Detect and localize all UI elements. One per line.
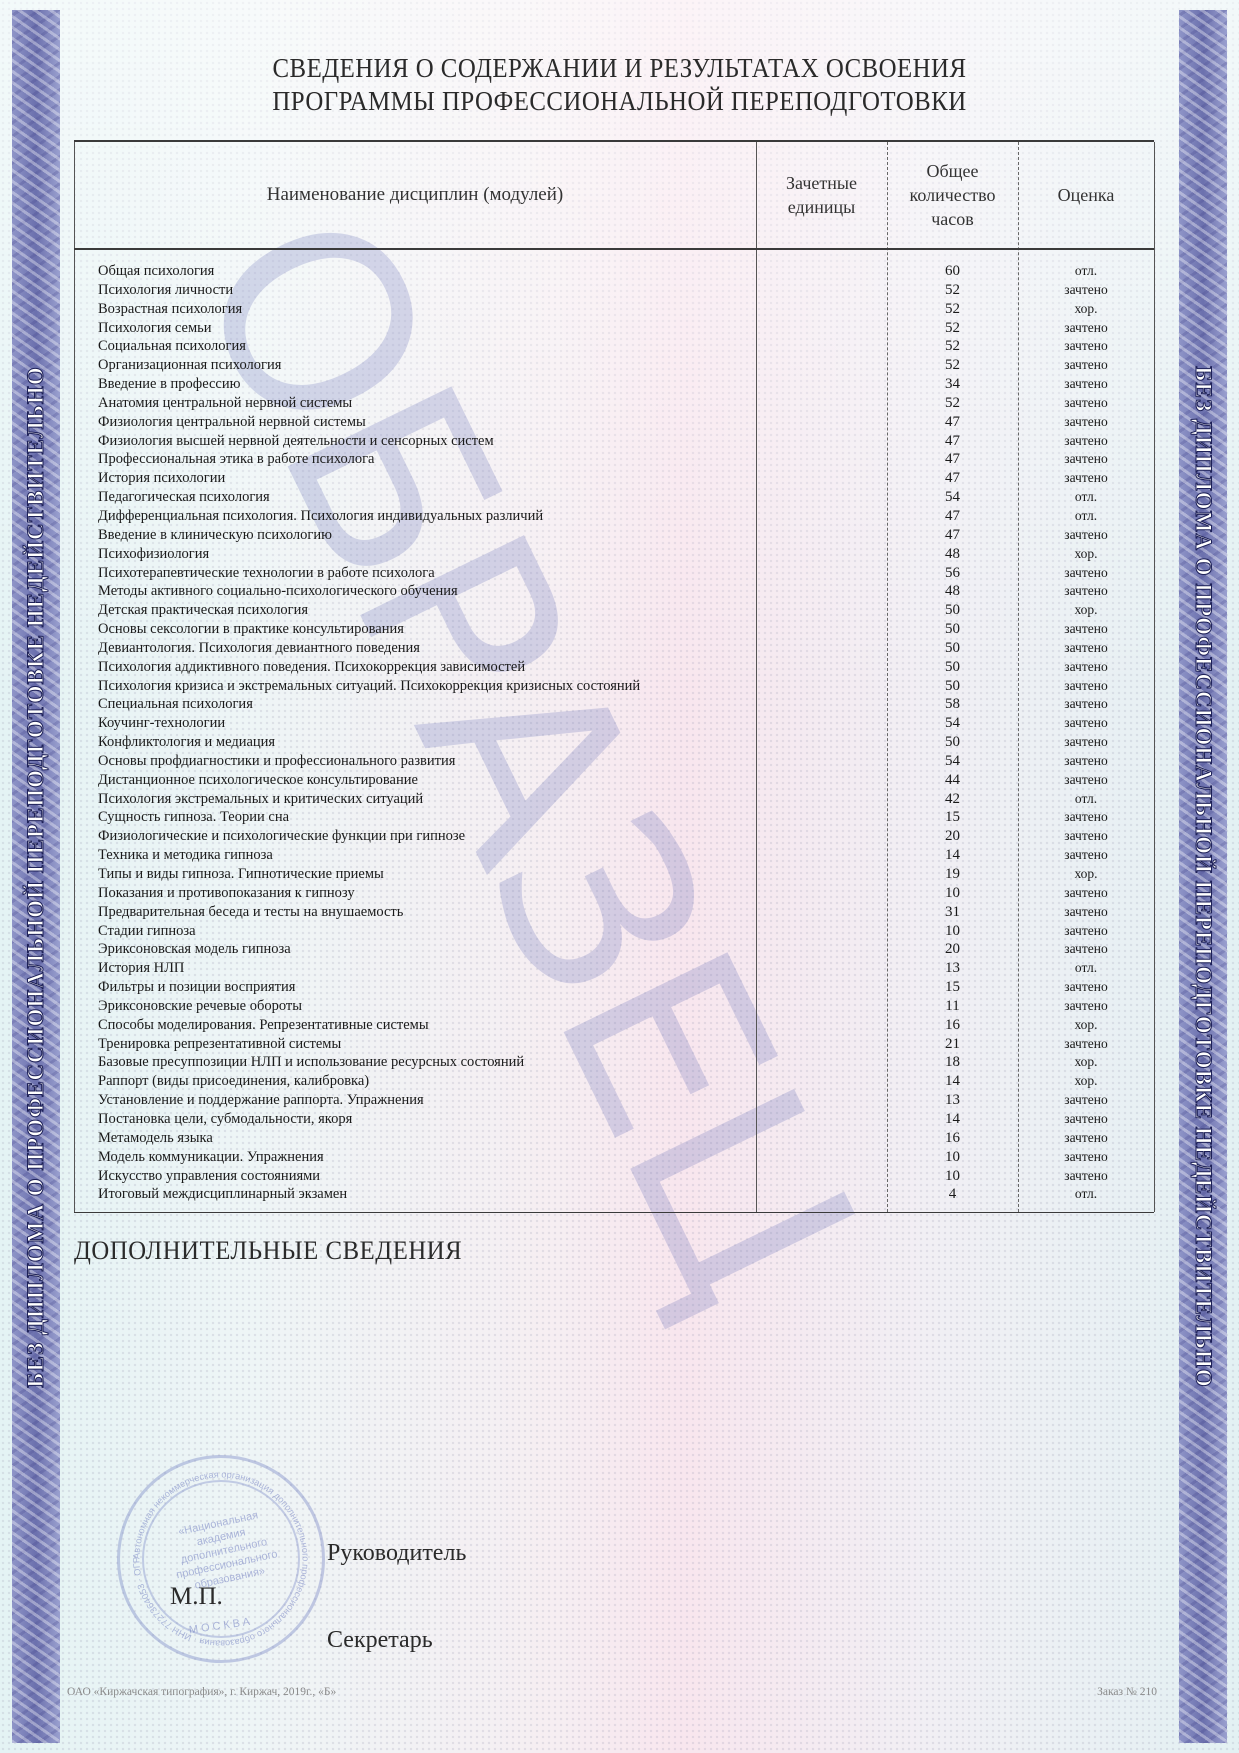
total-hours: 14 <box>887 846 1018 865</box>
grade: зачтено <box>1018 1148 1154 1167</box>
discipline-name: История психологии <box>98 469 225 488</box>
total-hours: 54 <box>887 714 1018 733</box>
total-hours: 50 <box>887 733 1018 752</box>
total-hours: 13 <box>887 1091 1018 1110</box>
table-row: Организационная психология52зачтено <box>74 356 1154 375</box>
discipline-name: Анатомия центральной нервной системы <box>98 394 352 413</box>
total-hours: 4 <box>887 1185 1018 1204</box>
table-row: Введение в профессию34зачтено <box>74 375 1154 394</box>
table-row: Общая психология60отл. <box>74 262 1154 281</box>
table-row: Девиантология. Психология девиантного по… <box>74 639 1154 658</box>
grade: зачтено <box>1018 677 1154 696</box>
column-divider <box>1154 142 1155 1212</box>
total-hours: 10 <box>887 922 1018 941</box>
grade: отл. <box>1018 959 1154 978</box>
total-hours: 10 <box>887 1148 1018 1167</box>
table-row: Искусство управления состояниями10зачтен… <box>74 1167 1154 1186</box>
printer-imprint: ОАО «Киржачская типография», г. Киржач, … <box>67 1686 336 1698</box>
discipline-name: Профессиональная этика в работе психолог… <box>98 450 374 469</box>
table-row: Показания и противопоказания к гипнозу10… <box>74 884 1154 903</box>
table-row: Профессиональная этика в работе психолог… <box>74 450 1154 469</box>
total-hours: 21 <box>887 1035 1018 1054</box>
header-grade: Оценка <box>1018 142 1154 248</box>
discipline-name: Базовые пресуппозиции НЛП и использовани… <box>98 1053 524 1072</box>
total-hours: 56 <box>887 564 1018 583</box>
discipline-name: Методы активного социально-психологическ… <box>98 582 458 601</box>
table-row: Базовые пресуппозиции НЛП и использовани… <box>74 1053 1154 1072</box>
total-hours: 52 <box>887 356 1018 375</box>
discipline-name: Типы и виды гипноза. Гипнотические прием… <box>98 865 384 884</box>
total-hours: 47 <box>887 526 1018 545</box>
table-row: Специальная психология58зачтено <box>74 695 1154 714</box>
grade: зачтено <box>1018 1167 1154 1186</box>
grade: зачтено <box>1018 1110 1154 1129</box>
grade: зачтено <box>1018 564 1154 583</box>
security-border-right: БЕЗ ДИПЛОМА О ПРОФЕССИОНАЛЬНОЙ ПЕРЕПОДГО… <box>1179 10 1227 1743</box>
table-row: Физиология центральной нервной системы47… <box>74 413 1154 432</box>
table-row: Социальная психология52зачтено <box>74 337 1154 356</box>
grade: зачтено <box>1018 639 1154 658</box>
total-hours: 58 <box>887 695 1018 714</box>
grade: зачтено <box>1018 394 1154 413</box>
title-line-2: ПРОГРАММЫ ПРОФЕССИОНАЛЬНОЙ ПЕРЕПОДГОТОВК… <box>50 85 1190 118</box>
discipline-name: Стадии гипноза <box>98 922 196 941</box>
total-hours: 16 <box>887 1016 1018 1035</box>
discipline-name: Постановка цели, субмодальности, якоря <box>98 1110 352 1129</box>
discipline-name: Установление и поддержание раппорта. Упр… <box>98 1091 424 1110</box>
table-row: Постановка цели, субмодальности, якоря14… <box>74 1110 1154 1129</box>
header-total-hours-label: Общее количество часов <box>903 159 1003 231</box>
discipline-name: Основы сексологии в практике консультиро… <box>98 620 404 639</box>
table-row: Итоговый междисциплинарный экзамен4отл. <box>74 1185 1154 1204</box>
discipline-name: Психология личности <box>98 281 233 300</box>
total-hours: 13 <box>887 959 1018 978</box>
header-total-hours: Общее количество часов <box>887 142 1018 248</box>
discipline-name: Метамодель языка <box>98 1129 213 1148</box>
grade: отл. <box>1018 488 1154 507</box>
discipline-name: Введение в клиническую психологию <box>98 526 332 545</box>
grade: зачтено <box>1018 733 1154 752</box>
total-hours: 50 <box>887 677 1018 696</box>
grade: хор. <box>1018 865 1154 884</box>
grade: хор. <box>1018 545 1154 564</box>
total-hours: 60 <box>887 262 1018 281</box>
grade: зачтено <box>1018 903 1154 922</box>
table-row: Техника и методика гипноза14зачтено <box>74 846 1154 865</box>
discipline-name: Девиантология. Психология девиантного по… <box>98 639 420 658</box>
grade: зачтено <box>1018 413 1154 432</box>
table-row: История психологии47зачтено <box>74 469 1154 488</box>
discipline-name: Возрастная психология <box>98 300 242 319</box>
table-row: Психология семьи52зачтено <box>74 319 1154 338</box>
header-credit-units-label: Зачетные единицы <box>774 171 869 219</box>
table-row: Психология аддиктивного поведения. Психо… <box>74 658 1154 677</box>
total-hours: 54 <box>887 752 1018 771</box>
total-hours: 20 <box>887 940 1018 959</box>
table-row: Психология кризиса и экстремальных ситуа… <box>74 677 1154 696</box>
grade: зачтено <box>1018 714 1154 733</box>
total-hours: 15 <box>887 808 1018 827</box>
grade: зачтено <box>1018 450 1154 469</box>
grade: зачтено <box>1018 978 1154 997</box>
total-hours: 52 <box>887 281 1018 300</box>
grade: зачтено <box>1018 356 1154 375</box>
discipline-name: Итоговый междисциплинарный экзамен <box>98 1185 347 1204</box>
grade: хор. <box>1018 1072 1154 1091</box>
grade: отл. <box>1018 262 1154 281</box>
grade: зачтено <box>1018 922 1154 941</box>
total-hours: 50 <box>887 658 1018 677</box>
total-hours: 34 <box>887 375 1018 394</box>
document-title: СВЕДЕНИЯ О СОДЕРЖАНИИ И РЕЗУЛЬТАТАХ ОСВО… <box>50 52 1190 118</box>
total-hours: 47 <box>887 507 1018 526</box>
discipline-name: Раппорт (виды присоединения, калибровка) <box>98 1072 369 1091</box>
discipline-name: Психофизиология <box>98 545 209 564</box>
table-row: Раппорт (виды присоединения, калибровка)… <box>74 1072 1154 1091</box>
discipline-name: Способы моделирования. Репрезентативные … <box>98 1016 429 1035</box>
grade: хор. <box>1018 1053 1154 1072</box>
total-hours: 47 <box>887 432 1018 451</box>
table-row: Фильтры и позиции восприятия15зачтено <box>74 978 1154 997</box>
total-hours: 47 <box>887 413 1018 432</box>
total-hours: 14 <box>887 1072 1018 1091</box>
header-discipline-name: Наименование дисциплин (модулей) <box>74 142 756 248</box>
table-row: Психотерапевтические технологии в работе… <box>74 564 1154 583</box>
discipline-name: История НЛП <box>98 959 184 978</box>
discipline-name: Модель коммуникации. Упражнения <box>98 1148 324 1167</box>
grade: зачтено <box>1018 375 1154 394</box>
official-stamp: Автономная некоммерческая организация до… <box>117 1455 325 1663</box>
total-hours: 14 <box>887 1110 1018 1129</box>
discipline-name: Психология аддиктивного поведения. Психо… <box>98 658 525 677</box>
table-row: Способы моделирования. Репрезентативные … <box>74 1016 1154 1035</box>
total-hours: 48 <box>887 582 1018 601</box>
total-hours: 10 <box>887 884 1018 903</box>
discipline-name: Физиологические и психологические функци… <box>98 827 465 846</box>
discipline-name: Эриксоновские речевые обороты <box>98 997 302 1016</box>
grade: зачтено <box>1018 808 1154 827</box>
grade: зачтено <box>1018 432 1154 451</box>
seal-place-label: М.П. <box>170 1583 223 1611</box>
table-row: Методы активного социально-психологическ… <box>74 582 1154 601</box>
grade: хор. <box>1018 601 1154 620</box>
table-row: Установление и поддержание раппорта. Упр… <box>74 1091 1154 1110</box>
discipline-name: Физиология высшей нервной деятельности и… <box>98 432 494 451</box>
security-border-left: БЕЗ ДИПЛОМА О ПРОФЕССИОНАЛЬНОЙ ПЕРЕПОДГО… <box>12 10 60 1743</box>
discipline-name: Психология семьи <box>98 319 212 338</box>
discipline-name: Дистанционное психологическое консультир… <box>98 771 418 790</box>
table-row: Сущность гипноза. Теории сна15зачтено <box>74 808 1154 827</box>
grade: зачтено <box>1018 846 1154 865</box>
grade: зачтено <box>1018 582 1154 601</box>
grade: зачтено <box>1018 620 1154 639</box>
disciplines-table: Наименование дисциплин (модулей) Зачетны… <box>74 140 1154 1213</box>
table-row: Психология экстремальных и критических с… <box>74 790 1154 809</box>
total-hours: 52 <box>887 300 1018 319</box>
table-row: Эриксоновская модель гипноза20зачтено <box>74 940 1154 959</box>
order-number: Заказ № 210 <box>1097 1686 1157 1698</box>
discipline-name: Техника и методика гипноза <box>98 846 273 865</box>
discipline-name: Дифференциальная психология. Психология … <box>98 507 543 526</box>
discipline-name: Организационная психология <box>98 356 281 375</box>
title-line-1: СВЕДЕНИЯ О СОДЕРЖАНИИ И РЕЗУЛЬТАТАХ ОСВО… <box>50 52 1190 85</box>
side-warning-text-left: БЕЗ ДИПЛОМА О ПРОФЕССИОНАЛЬНОЙ ПЕРЕПОДГО… <box>23 366 49 1387</box>
table-row: Основы сексологии в практике консультиро… <box>74 620 1154 639</box>
signature-head-label: Руководитель <box>327 1540 466 1567</box>
discipline-name: Эриксоновская модель гипноза <box>98 940 291 959</box>
discipline-name: Фильтры и позиции восприятия <box>98 978 295 997</box>
discipline-name: Специальная психология <box>98 695 253 714</box>
grade: зачтено <box>1018 1091 1154 1110</box>
grade: отл. <box>1018 1185 1154 1204</box>
total-hours: 18 <box>887 1053 1018 1072</box>
total-hours: 20 <box>887 827 1018 846</box>
grade: зачтено <box>1018 1035 1154 1054</box>
discipline-name: Показания и противопоказания к гипнозу <box>98 884 355 903</box>
table-row: Предварительная беседа и тесты на внушае… <box>74 903 1154 922</box>
grade: зачтено <box>1018 771 1154 790</box>
grade: зачтено <box>1018 940 1154 959</box>
grade: зачтено <box>1018 997 1154 1016</box>
total-hours: 47 <box>887 450 1018 469</box>
discipline-name: Детская практическая психология <box>98 601 308 620</box>
table-row: Эриксоновские речевые обороты11зачтено <box>74 997 1154 1016</box>
table-row: История НЛП13отл. <box>74 959 1154 978</box>
grade: зачтено <box>1018 884 1154 903</box>
grade: зачтено <box>1018 752 1154 771</box>
total-hours: 52 <box>887 337 1018 356</box>
total-hours: 11 <box>887 997 1018 1016</box>
table-row: Стадии гипноза10зачтено <box>74 922 1154 941</box>
total-hours: 15 <box>887 978 1018 997</box>
discipline-name: Конфликтология и медиация <box>98 733 275 752</box>
grade: отл. <box>1018 790 1154 809</box>
grade: хор. <box>1018 300 1154 319</box>
total-hours: 10 <box>887 1167 1018 1186</box>
grade: зачтено <box>1018 469 1154 488</box>
total-hours: 50 <box>887 620 1018 639</box>
grade: зачтено <box>1018 337 1154 356</box>
total-hours: 16 <box>887 1129 1018 1148</box>
table-row: Конфликтология и медиация50зачтено <box>74 733 1154 752</box>
table-row: Введение в клиническую психологию47зачте… <box>74 526 1154 545</box>
total-hours: 19 <box>887 865 1018 884</box>
total-hours: 52 <box>887 394 1018 413</box>
grade: хор. <box>1018 1016 1154 1035</box>
discipline-name: Общая психология <box>98 262 214 281</box>
header-credit-units: Зачетные единицы <box>756 142 887 248</box>
discipline-name: Сущность гипноза. Теории сна <box>98 808 289 827</box>
total-hours: 50 <box>887 639 1018 658</box>
discipline-name: Коучинг-технологии <box>98 714 225 733</box>
discipline-name: Тренировка репрезентативной системы <box>98 1035 341 1054</box>
total-hours: 50 <box>887 601 1018 620</box>
table-body: Общая психология60отл.Психология личност… <box>74 262 1154 1204</box>
grade: зачтено <box>1018 526 1154 545</box>
discipline-name: Социальная психология <box>98 337 246 356</box>
discipline-name: Физиология центральной нервной системы <box>98 413 366 432</box>
signature-secretary-label: Секретарь <box>327 1627 433 1654</box>
grade: зачтено <box>1018 1129 1154 1148</box>
table-row: Анатомия центральной нервной системы52за… <box>74 394 1154 413</box>
total-hours: 52 <box>887 319 1018 338</box>
table-row: Тренировка репрезентативной системы21зач… <box>74 1035 1154 1054</box>
table-row: Модель коммуникации. Упражнения10зачтено <box>74 1148 1154 1167</box>
table-row: Психофизиология48хор. <box>74 545 1154 564</box>
discipline-name: Предварительная беседа и тесты на внушае… <box>98 903 403 922</box>
total-hours: 54 <box>887 488 1018 507</box>
discipline-name: Введение в профессию <box>98 375 240 394</box>
discipline-name: Психотерапевтические технологии в работе… <box>98 564 435 583</box>
table-row: Коучинг-технологии54зачтено <box>74 714 1154 733</box>
discipline-name: Психология кризиса и экстремальных ситуа… <box>98 677 640 696</box>
total-hours: 31 <box>887 903 1018 922</box>
grade: зачтено <box>1018 281 1154 300</box>
discipline-name: Искусство управления состояниями <box>98 1167 320 1186</box>
total-hours: 47 <box>887 469 1018 488</box>
grade: зачтено <box>1018 658 1154 677</box>
table-row: Педагогическая психология54отл. <box>74 488 1154 507</box>
grade: отл. <box>1018 507 1154 526</box>
grade: зачтено <box>1018 319 1154 338</box>
grade: зачтено <box>1018 695 1154 714</box>
side-warning-text-right: БЕЗ ДИПЛОМА О ПРОФЕССИОНАЛЬНОЙ ПЕРЕПОДГО… <box>1190 366 1216 1387</box>
discipline-name: Психология экстремальных и критических с… <box>98 790 423 809</box>
grade: зачтено <box>1018 827 1154 846</box>
total-hours: 44 <box>887 771 1018 790</box>
discipline-name: Педагогическая психология <box>98 488 270 507</box>
table-row: Метамодель языка16зачтено <box>74 1129 1154 1148</box>
total-hours: 42 <box>887 790 1018 809</box>
table-row: Детская практическая психология50хор. <box>74 601 1154 620</box>
header-divider <box>74 248 1154 250</box>
table-row: Возрастная психология52хор. <box>74 300 1154 319</box>
table-row: Физиологические и психологические функци… <box>74 827 1154 846</box>
table-row: Дистанционное психологическое консультир… <box>74 771 1154 790</box>
total-hours: 48 <box>887 545 1018 564</box>
table-row: Физиология высшей нервной деятельности и… <box>74 432 1154 451</box>
table-row: Типы и виды гипноза. Гипнотические прием… <box>74 865 1154 884</box>
additional-info-heading: ДОПОЛНИТЕЛЬНЫЕ СВЕДЕНИЯ <box>74 1236 462 1266</box>
table-row: Дифференциальная психология. Психология … <box>74 507 1154 526</box>
table-row: Психология личности52зачтено <box>74 281 1154 300</box>
discipline-name: Основы профдиагностики и профессионально… <box>98 752 455 771</box>
table-row: Основы профдиагностики и профессионально… <box>74 752 1154 771</box>
